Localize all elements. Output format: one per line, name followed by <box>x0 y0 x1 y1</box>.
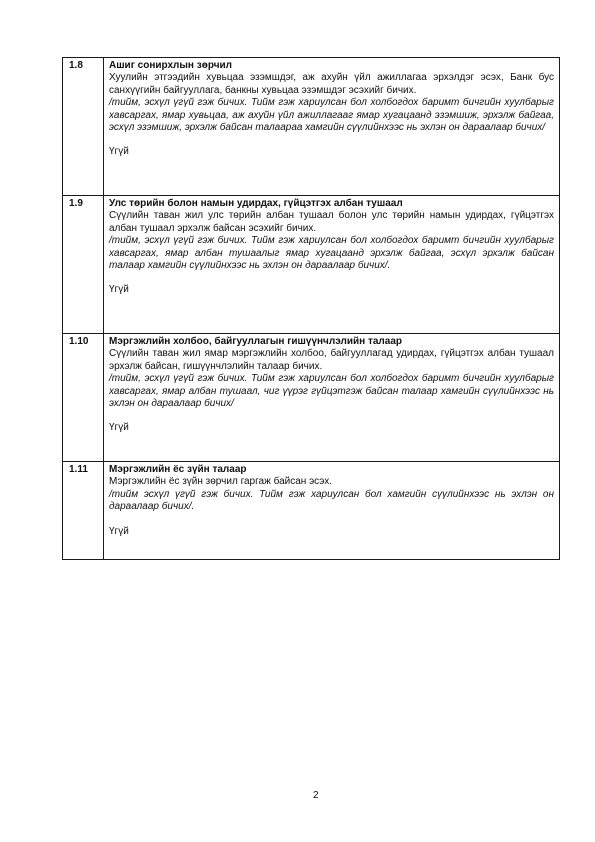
section-title: Ашиг сонирхлын зөрчил <box>109 60 554 72</box>
section-answer: Үгүй <box>109 526 554 538</box>
table-row: 1.10 Мэргэжлийн холбоо, байгууллагын гиш… <box>63 334 560 462</box>
document-page: 1.8 Ашиг сонирхлын зөрчил Хуулийн этгээд… <box>0 0 595 842</box>
section-description: Сүүлийн таван жил ямар мэргэжлийн холбоо… <box>109 348 554 373</box>
row-content: Мэргэжлийн ёс зүйн талаар Мэргэжлийн ёс … <box>104 462 560 560</box>
declaration-table: 1.8 Ашиг сонирхлын зөрчил Хуулийн этгээд… <box>62 57 560 560</box>
section-instruction: /тийм, эсхүл үгүй гэж бичих. Тийм гэж ха… <box>109 373 554 410</box>
section-description: Хуулийн этгээдийн хувьцаа эзэмшдэг, аж а… <box>109 72 554 97</box>
row-content: Мэргэжлийн холбоо, байгууллагын гишүүнчл… <box>104 334 560 462</box>
row-number: 1.8 <box>63 58 104 196</box>
row-number: 1.10 <box>63 334 104 462</box>
section-title: Улс төрийн болон намын удирдах, гүйцэтгэ… <box>109 198 554 210</box>
table-row: 1.11 Мэргэжлийн ёс зүйн талаар Мэргэжлий… <box>63 462 560 560</box>
section-description: Сүүлийн таван жил улс төрийн албан тушаа… <box>109 210 554 235</box>
section-answer: Үгүй <box>109 422 554 434</box>
table-row: 1.8 Ашиг сонирхлын зөрчил Хуулийн этгээд… <box>63 58 560 196</box>
row-number: 1.11 <box>63 462 104 560</box>
page-number: 2 <box>313 790 319 801</box>
section-answer: Үгүй <box>109 284 554 296</box>
table-row: 1.9 Улс төрийн болон намын удирдах, гүйц… <box>63 196 560 334</box>
section-description: Мэргэжлийн ёс зүйн зөрчил гаргаж байсан … <box>109 476 554 488</box>
section-answer: Үгүй <box>109 146 554 158</box>
section-title: Мэргэжлийн холбоо, байгууллагын гишүүнчл… <box>109 336 554 348</box>
row-content: Улс төрийн болон намын удирдах, гүйцэтгэ… <box>104 196 560 334</box>
section-instruction: /тийм, эсхүл үгүй гэж бичих. Тийм гэж ха… <box>109 235 554 272</box>
section-title: Мэргэжлийн ёс зүйн талаар <box>109 464 554 476</box>
section-instruction: /тийм, эсхүл үгүй гэж бичих. Тийм гэж ха… <box>109 97 554 134</box>
section-instruction: /тийм эсхүл үгүй гэж бичих. Тийм гэж хар… <box>109 489 554 514</box>
row-content: Ашиг сонирхлын зөрчил Хуулийн этгээдийн … <box>104 58 560 196</box>
row-number: 1.9 <box>63 196 104 334</box>
